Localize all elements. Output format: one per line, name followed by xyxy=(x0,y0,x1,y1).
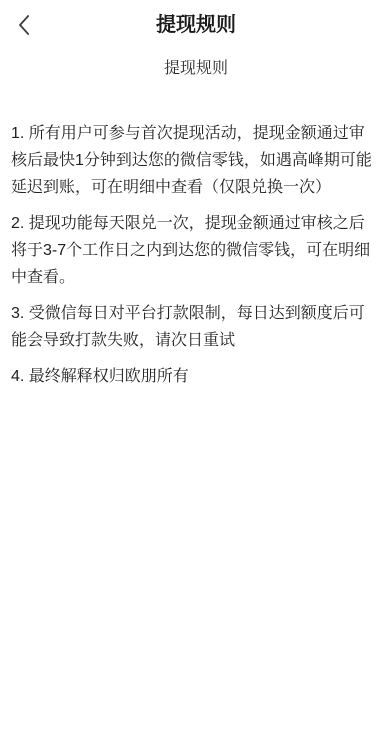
rule-item-4: 4. 最终解释权归欧朋所有 xyxy=(11,363,378,390)
navbar: 提现规则 xyxy=(0,0,392,50)
content-area: 提现规则 1. 所有用户可参与首次提现活动，提现金额通过审核后最快1分钟到达您的… xyxy=(0,58,392,390)
page-title: 提现规则 xyxy=(156,0,236,50)
rules-list: 1. 所有用户可参与首次提现活动，提现金额通过审核后最快1分钟到达您的微信零钱，… xyxy=(0,120,392,390)
rule-item-2: 2. 提现功能每天限兑一次，提现金额通过审核之后将于3-7个工作日之内到达您的微… xyxy=(11,210,378,291)
back-button[interactable] xyxy=(10,7,38,44)
content-subtitle: 提现规则 xyxy=(0,58,392,80)
rule-item-3: 3. 受微信每日对平台打款限制，每日达到额度后可能会导致打款失败，请次日重试 xyxy=(11,300,378,354)
rule-item-1: 1. 所有用户可参与首次提现活动，提现金额通过审核后最快1分钟到达您的微信零钱，… xyxy=(11,120,378,201)
withdrawal-rules-page: 提现规则 提现规则 1. 所有用户可参与首次提现活动，提现金额通过审核后最快1分… xyxy=(0,0,392,750)
chevron-left-icon xyxy=(18,15,30,36)
